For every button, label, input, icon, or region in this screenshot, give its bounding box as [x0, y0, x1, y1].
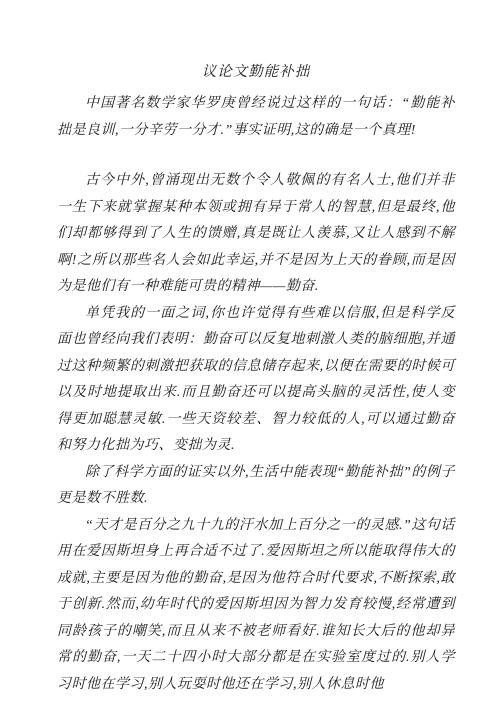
document-body: 中国著名数学家华罗庚曾经说过这样的一句话：“勤能补拙是良训,一分辛劳一分才.”事… [57, 91, 455, 698]
paragraph-intro: 中国著名数学家华罗庚曾经说过这样的一句话：“勤能补拙是良训,一分辛劳一分才.”事… [57, 91, 455, 144]
paragraph-einstein: “天才是百分之九十九的汗水加上百分之一的灵感.”这句话用在爱因斯坦身上再合适不过… [57, 513, 455, 699]
document-title: 议论文勤能补拙 [57, 62, 455, 82]
paragraph-examples: 除了科学方面的证实以外,生活中能表现“勤能补拙”的例子更是数不胜数. [57, 460, 455, 513]
paragraph-famous-people: 古今中外,曾涌现出无数个令人敬佩的有名人士,他们并非一生下来就掌握某种本领或拥有… [57, 168, 455, 301]
paragraph-science: 单凭我的一面之词,你也许觉得有些难以信服,但是科学反面也曾经向我们表明：勤奋可以… [57, 301, 455, 460]
document-page: 议论文勤能补拙 中国著名数学家华罗庚曾经说过这样的一句话：“勤能补拙是良训,一分… [0, 0, 500, 707]
